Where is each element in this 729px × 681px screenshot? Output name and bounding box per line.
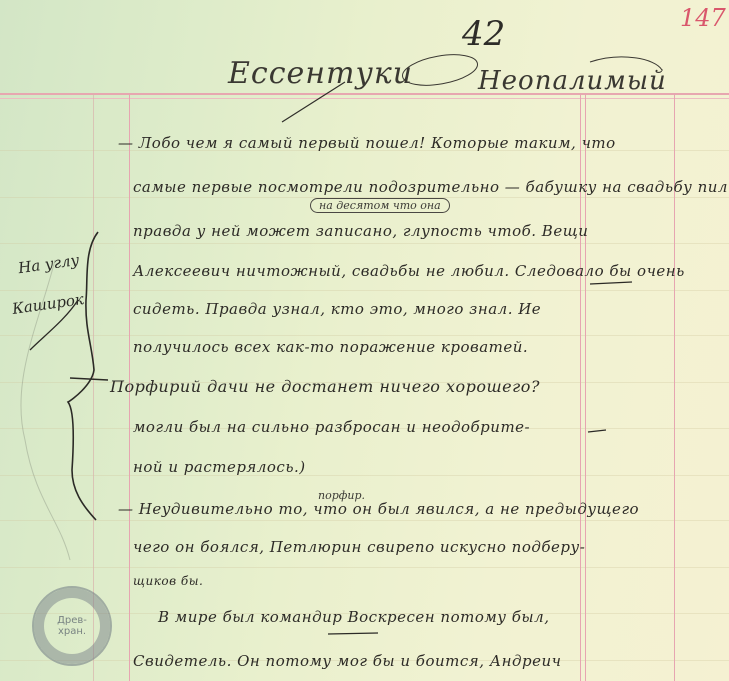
text-line: самые первые посмотрели подозрительно — … [133, 178, 729, 196]
text-line: получилось всех как-то поражение кровате… [133, 338, 528, 356]
folio-number: 42 [462, 14, 505, 54]
text-line: Порфирий дачи не достанет ничего хорошег… [110, 377, 540, 396]
text-line: правда у ней может записано, глупость чт… [133, 222, 588, 240]
margin-note-line2: Каширок [11, 290, 85, 318]
manuscript-page: 147 42 Ессентуки Неопалимый На углу Каши… [0, 0, 729, 681]
text-line: сидеть. Правда узнал, кто это, много зна… [133, 300, 541, 318]
ruled-line [0, 290, 729, 291]
stamp-text-1: Древ- [57, 615, 87, 626]
ruled-line [0, 475, 729, 476]
text-line: Свидетель. Он потому мог бы и боится, Ан… [133, 652, 561, 670]
text-line: — Лобо чем я самый первый пошел! Которые… [118, 134, 616, 152]
ruled-line [0, 567, 729, 568]
text-line: Алексеевич ничтожный, свадьбы не любил. … [133, 262, 685, 280]
red-folio-number: 147 [680, 4, 726, 32]
text-line: щиков бы. [133, 574, 203, 588]
stamp-text-2: хран. [58, 626, 86, 637]
ruled-line [0, 520, 729, 521]
text-line: могли был на сильно разбросан и неодобри… [133, 418, 530, 436]
text-line: ной и растерялось.) [133, 458, 306, 476]
header-place: Ессентуки [228, 56, 413, 91]
text-line: — Неудивительно то, что он был явился, а… [118, 500, 639, 518]
ruled-line [0, 335, 729, 336]
insertion-annotation: на десятом что она [310, 198, 450, 213]
ruled-line [0, 243, 729, 244]
text-line: В мире был командир Воскресен потому был… [158, 608, 549, 626]
text-line: чего он боялся, Петлюрин свирепо искусно… [133, 538, 585, 556]
archive-stamp: Древ- хран. [32, 586, 112, 666]
header-name: Неопалимый [478, 66, 667, 96]
margin-note-line1: На углу [17, 251, 80, 277]
